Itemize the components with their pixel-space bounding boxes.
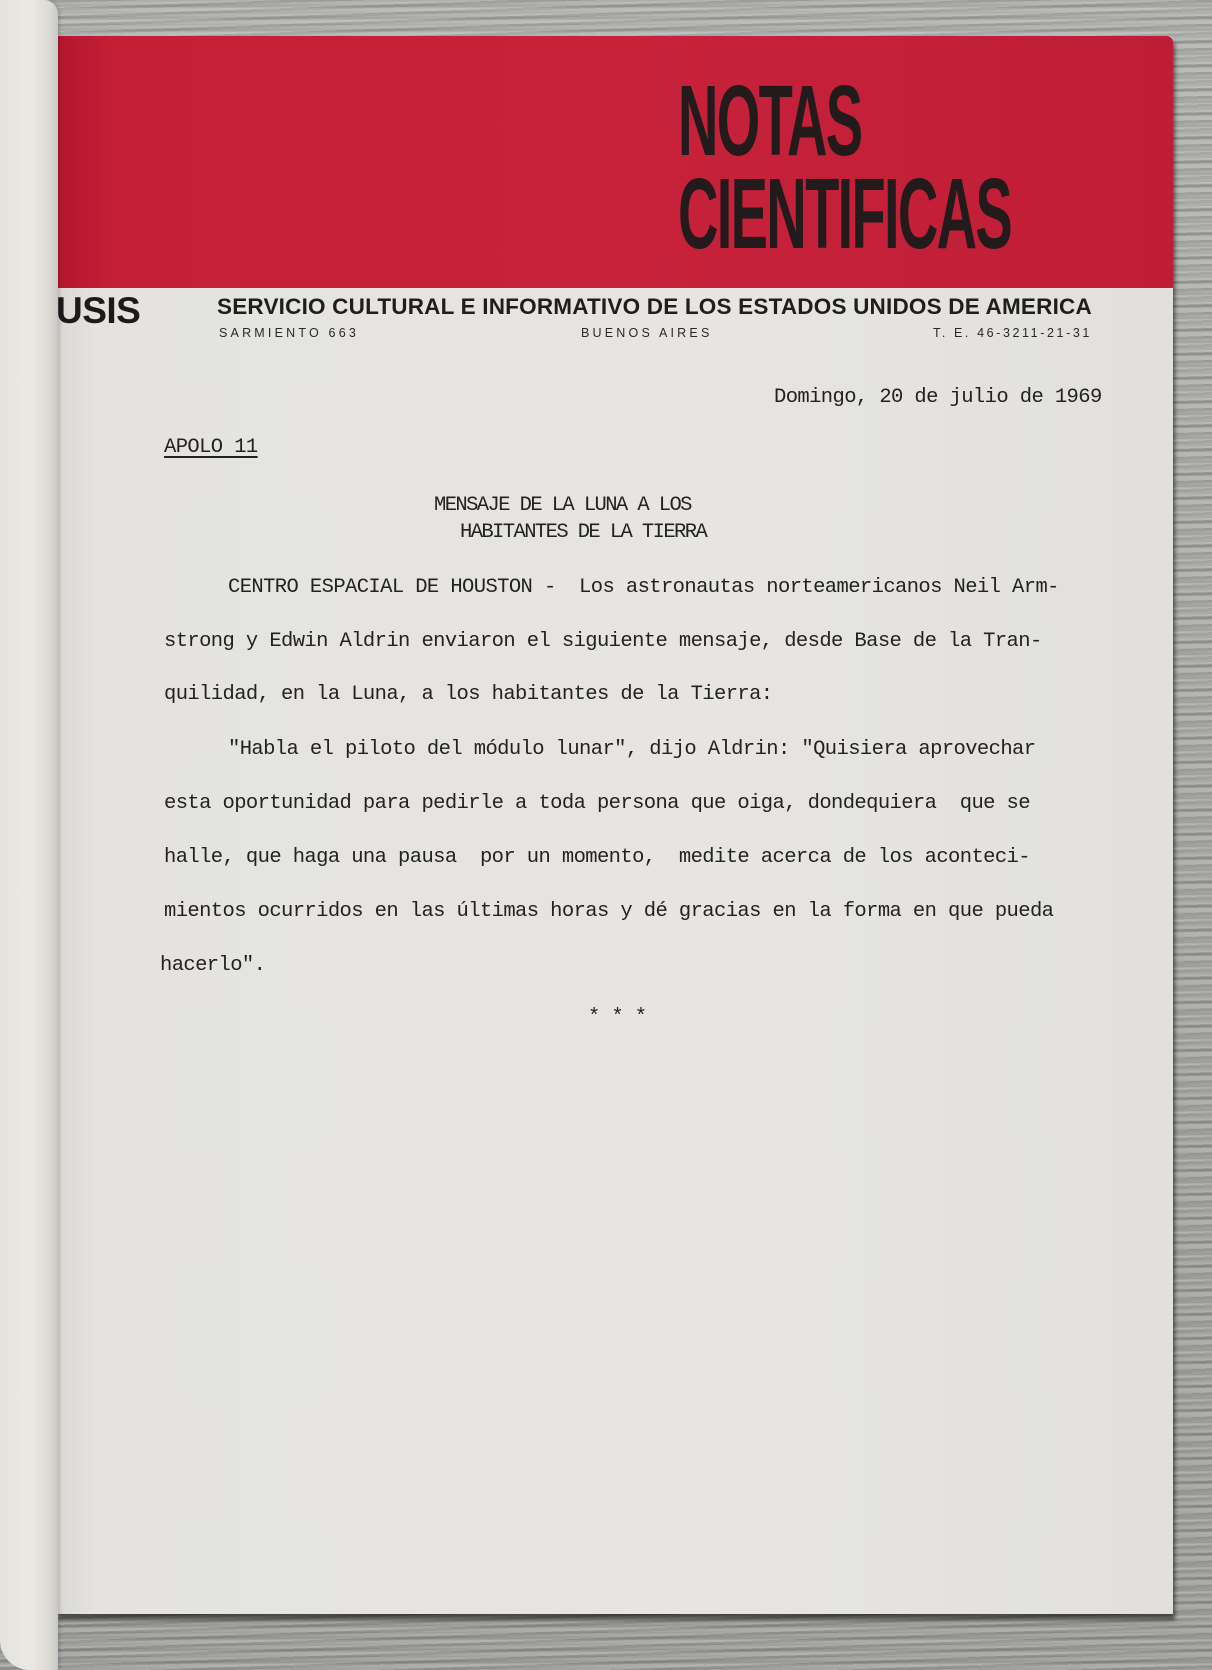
org-name: SERVICIO CULTURAL E INFORMATIVO DE LOS E… [217, 294, 1092, 320]
body-line: hacerlo". [160, 954, 265, 977]
headline-line2: HABITANTES DE LA TIERRA [460, 521, 706, 544]
section-label: APOLO 11 [164, 436, 258, 459]
org-phone: T. E. 46-3211-21-31 [933, 326, 1092, 340]
body-line: strong y Edwin Aldrin enviaron el siguie… [164, 630, 1042, 653]
end-mark: * * * [588, 1006, 647, 1029]
body-line: esta oportunidad para pedirle a toda per… [164, 792, 1030, 815]
document-page: NOTAS CIENTIFICAS USIS SERVICIO CULTURAL… [56, 36, 1173, 1614]
masthead-band: NOTAS CIENTIFICAS [56, 36, 1173, 288]
body-line: mientos ocurridos en las últimas horas y… [164, 900, 1053, 923]
masthead-title-line2: CIENTIFICAS [678, 167, 1011, 262]
body-line: quilidad, en la Luna, a los habitantes d… [164, 683, 773, 706]
body-line: CENTRO ESPACIAL DE HOUSTON - Los astrona… [228, 576, 1059, 599]
body-line: "Habla el piloto del módulo lunar", dijo… [228, 738, 1035, 761]
body-line: halle, que haga una pausa por un momento… [164, 846, 1030, 869]
document-date: Domingo, 20 de julio de 1969 [774, 386, 1102, 409]
masthead-title: NOTAS CIENTIFICAS [678, 74, 1212, 262]
org-address: SARMIENTO 663 [219, 326, 359, 340]
masthead-title-line1: NOTAS [678, 74, 1011, 169]
previous-page-edge [0, 0, 58, 1670]
headline-line1: MENSAJE DE LA LUNA A LOS [434, 494, 691, 517]
org-acronym: USIS [56, 290, 140, 332]
org-city: BUENOS AIRES [581, 326, 713, 340]
